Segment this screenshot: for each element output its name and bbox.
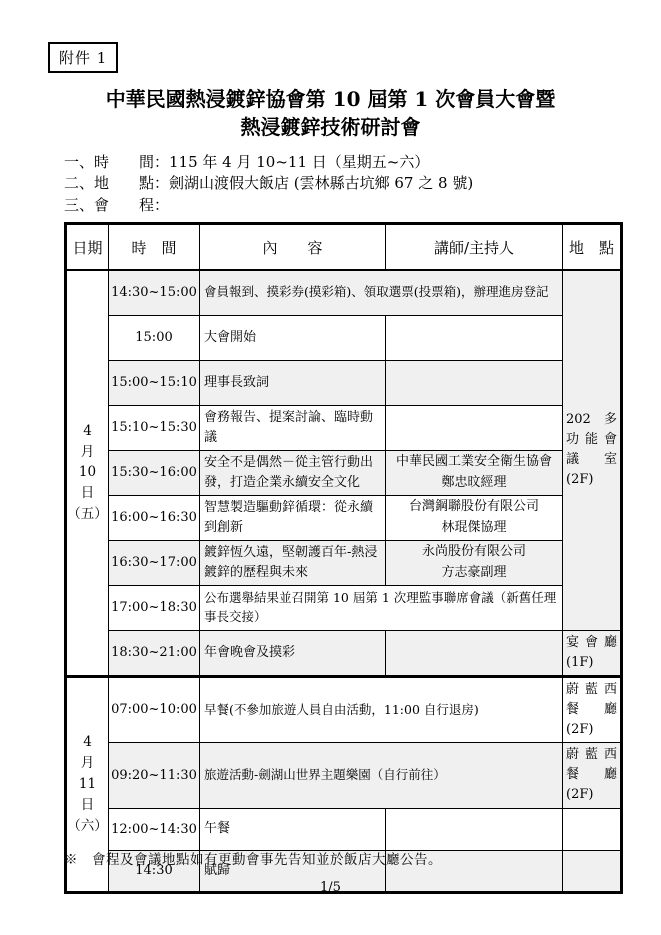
time-cell: 07:00~10:00	[109, 676, 200, 742]
time-cell: 18:30~21:00	[109, 630, 200, 676]
speaker-cell: 永尚股份有限公司 方志豪副理	[386, 540, 563, 585]
table-row: 15:10~15:30 會務報告、提案討論、臨時動議	[66, 405, 622, 450]
table-row: 09:20~11:30 旅遊活動-劍湖山世界主題樂園（自行前往） 蔚藍西餐廳 (…	[66, 743, 622, 808]
footnote: ※ 會程及會議地點如有更動會事先告知並於飯店大廳公告。	[64, 848, 442, 868]
speaker-name: 方志豪副理	[388, 563, 560, 583]
time-cell: 15:30~16:00	[109, 450, 200, 495]
time-cell: 09:20~11:30	[109, 743, 200, 808]
table-row: 4 月 10 日 （五） 14:30~15:00 會員報到、摸彩券(摸彩箱)、領…	[66, 270, 622, 315]
table-row: 17:00~18:30 公布選舉結果並召開第 10 屆第 1 次理監事聯席會議（…	[66, 585, 622, 630]
table-row: 4 月 11 日 （六） 07:00~10:00 早餐(不參加旅遊人員自由活動，…	[66, 676, 622, 742]
content-cell: 理事長致詞	[200, 360, 386, 405]
header-location: 地 點	[563, 224, 622, 271]
time-cell: 15:10~15:30	[109, 405, 200, 450]
speaker-org: 中華民國工業安全衛生協會	[388, 452, 560, 472]
content-cell: 會務報告、提案討論、臨時動議	[200, 405, 386, 450]
content-cell: 會員報到、摸彩券(摸彩箱)、領取選票(投票箱)，辦理進房登記	[200, 270, 563, 315]
title-line-2: 熱浸鍍鋅技術研討會	[0, 113, 661, 141]
content-cell: 旅遊活動-劍湖山世界主題樂園（自行前往）	[200, 743, 563, 808]
content-cell: 年會晚會及摸彩	[200, 630, 386, 676]
speaker-org: 永尚股份有限公司	[388, 542, 560, 562]
title-line-1: 中華民國熱浸鍍鋅協會第 10 屆第 1 次會員大會暨	[0, 85, 661, 113]
table-row: 12:00~14:30 午餐	[66, 808, 622, 850]
time-cell: 16:00~16:30	[109, 495, 200, 540]
table-header-row: 日期 時 間 內 容 講師/主持人 地 點	[66, 224, 622, 271]
info-line-place: 二、地 點：劍湖山渡假大飯店 (雲林縣古坑鄉 67 之 8 號)	[64, 173, 631, 194]
speaker-cell-empty	[386, 360, 563, 405]
content-cell: 智慧製造驅動鋅循環：從永續到創新	[200, 495, 386, 540]
speaker-name: 鄭忠旼經理	[388, 473, 560, 493]
speaker-cell: 中華民國工業安全衛生協會 鄭忠旼經理	[386, 450, 563, 495]
location-cell-day1: 202 多功能會議室(2F)	[563, 270, 622, 630]
speaker-cell-empty	[386, 630, 563, 676]
time-cell: 12:00~14:30	[109, 808, 200, 850]
page-number: 1/5	[0, 880, 661, 895]
content-cell: 鍍鋅恆久遠，堅韌護百年-熱浸鍍鋅的歷程與未來	[200, 540, 386, 585]
time-cell: 15:00~15:10	[109, 360, 200, 405]
table-row: 16:00~16:30 智慧製造驅動鋅循環：從永續到創新 台灣鋼聯股份有限公司 …	[66, 495, 622, 540]
speaker-cell-empty	[386, 315, 563, 360]
speaker-cell-empty	[386, 405, 563, 450]
speaker-cell-empty	[386, 808, 563, 850]
table-row: 15:00 大會開始	[66, 315, 622, 360]
table-row: 18:30~21:00 年會晚會及摸彩 宴會廳(1F)	[66, 630, 622, 676]
time-cell: 14:30~15:00	[109, 270, 200, 315]
date-cell-day1: 4 月 10 日 （五）	[66, 270, 109, 676]
speaker-name: 林琨傑協理	[388, 518, 560, 538]
speaker-cell: 台灣鋼聯股份有限公司 林琨傑協理	[386, 495, 563, 540]
content-cell: 安全不是偶然－從主管行動出發，打造企業永續安全文化	[200, 450, 386, 495]
content-cell: 公布選舉結果並召開第 10 屆第 1 次理監事聯席會議（新舊任理事長交接）	[200, 585, 563, 630]
attachment-label: 附件 1	[48, 42, 118, 73]
header-content: 內 容	[200, 224, 386, 271]
info-line-time: 一、時 間：115 年 4 月 10~11 日（星期五~六）	[64, 152, 631, 173]
info-line-agenda: 三、會 程：	[64, 195, 631, 216]
time-cell: 17:00~18:30	[109, 585, 200, 630]
content-cell: 大會開始	[200, 315, 386, 360]
speaker-org: 台灣鋼聯股份有限公司	[388, 497, 560, 517]
table-row: 15:30~16:00 安全不是偶然－從主管行動出發，打造企業永續安全文化 中華…	[66, 450, 622, 495]
location-cell-banquet: 宴會廳(1F)	[563, 630, 622, 676]
info-list: 一、時 間：115 年 4 月 10~11 日（星期五~六） 二、地 點：劍湖山…	[64, 152, 631, 216]
location-cell-empty	[563, 808, 622, 850]
header-speaker: 講師/主持人	[386, 224, 563, 271]
content-cell: 早餐(不參加旅遊人員自由活動，11:00 自行退房)	[200, 676, 563, 742]
location-cell: 蔚藍西餐廳 (2F)	[563, 676, 622, 742]
header-time: 時 間	[109, 224, 200, 271]
document-title: 中華民國熱浸鍍鋅協會第 10 屆第 1 次會員大會暨 熱浸鍍鋅技術研討會	[0, 85, 661, 142]
document-page: 附件 1 中華民國熱浸鍍鋅協會第 10 屆第 1 次會員大會暨 熱浸鍍鋅技術研討…	[0, 0, 661, 935]
content-cell: 午餐	[200, 808, 386, 850]
time-cell: 15:00	[109, 315, 200, 360]
table-row: 15:00~15:10 理事長致詞	[66, 360, 622, 405]
table-row: 16:30~17:00 鍍鋅恆久遠，堅韌護百年-熱浸鍍鋅的歷程與未來 永尚股份有…	[66, 540, 622, 585]
time-cell: 16:30~17:00	[109, 540, 200, 585]
schedule-table: 日期 時 間 內 容 講師/主持人 地 點 4 月 10 日 （五） 14:30…	[64, 222, 623, 894]
location-cell: 蔚藍西餐廳 (2F)	[563, 743, 622, 808]
header-date: 日期	[66, 224, 109, 271]
